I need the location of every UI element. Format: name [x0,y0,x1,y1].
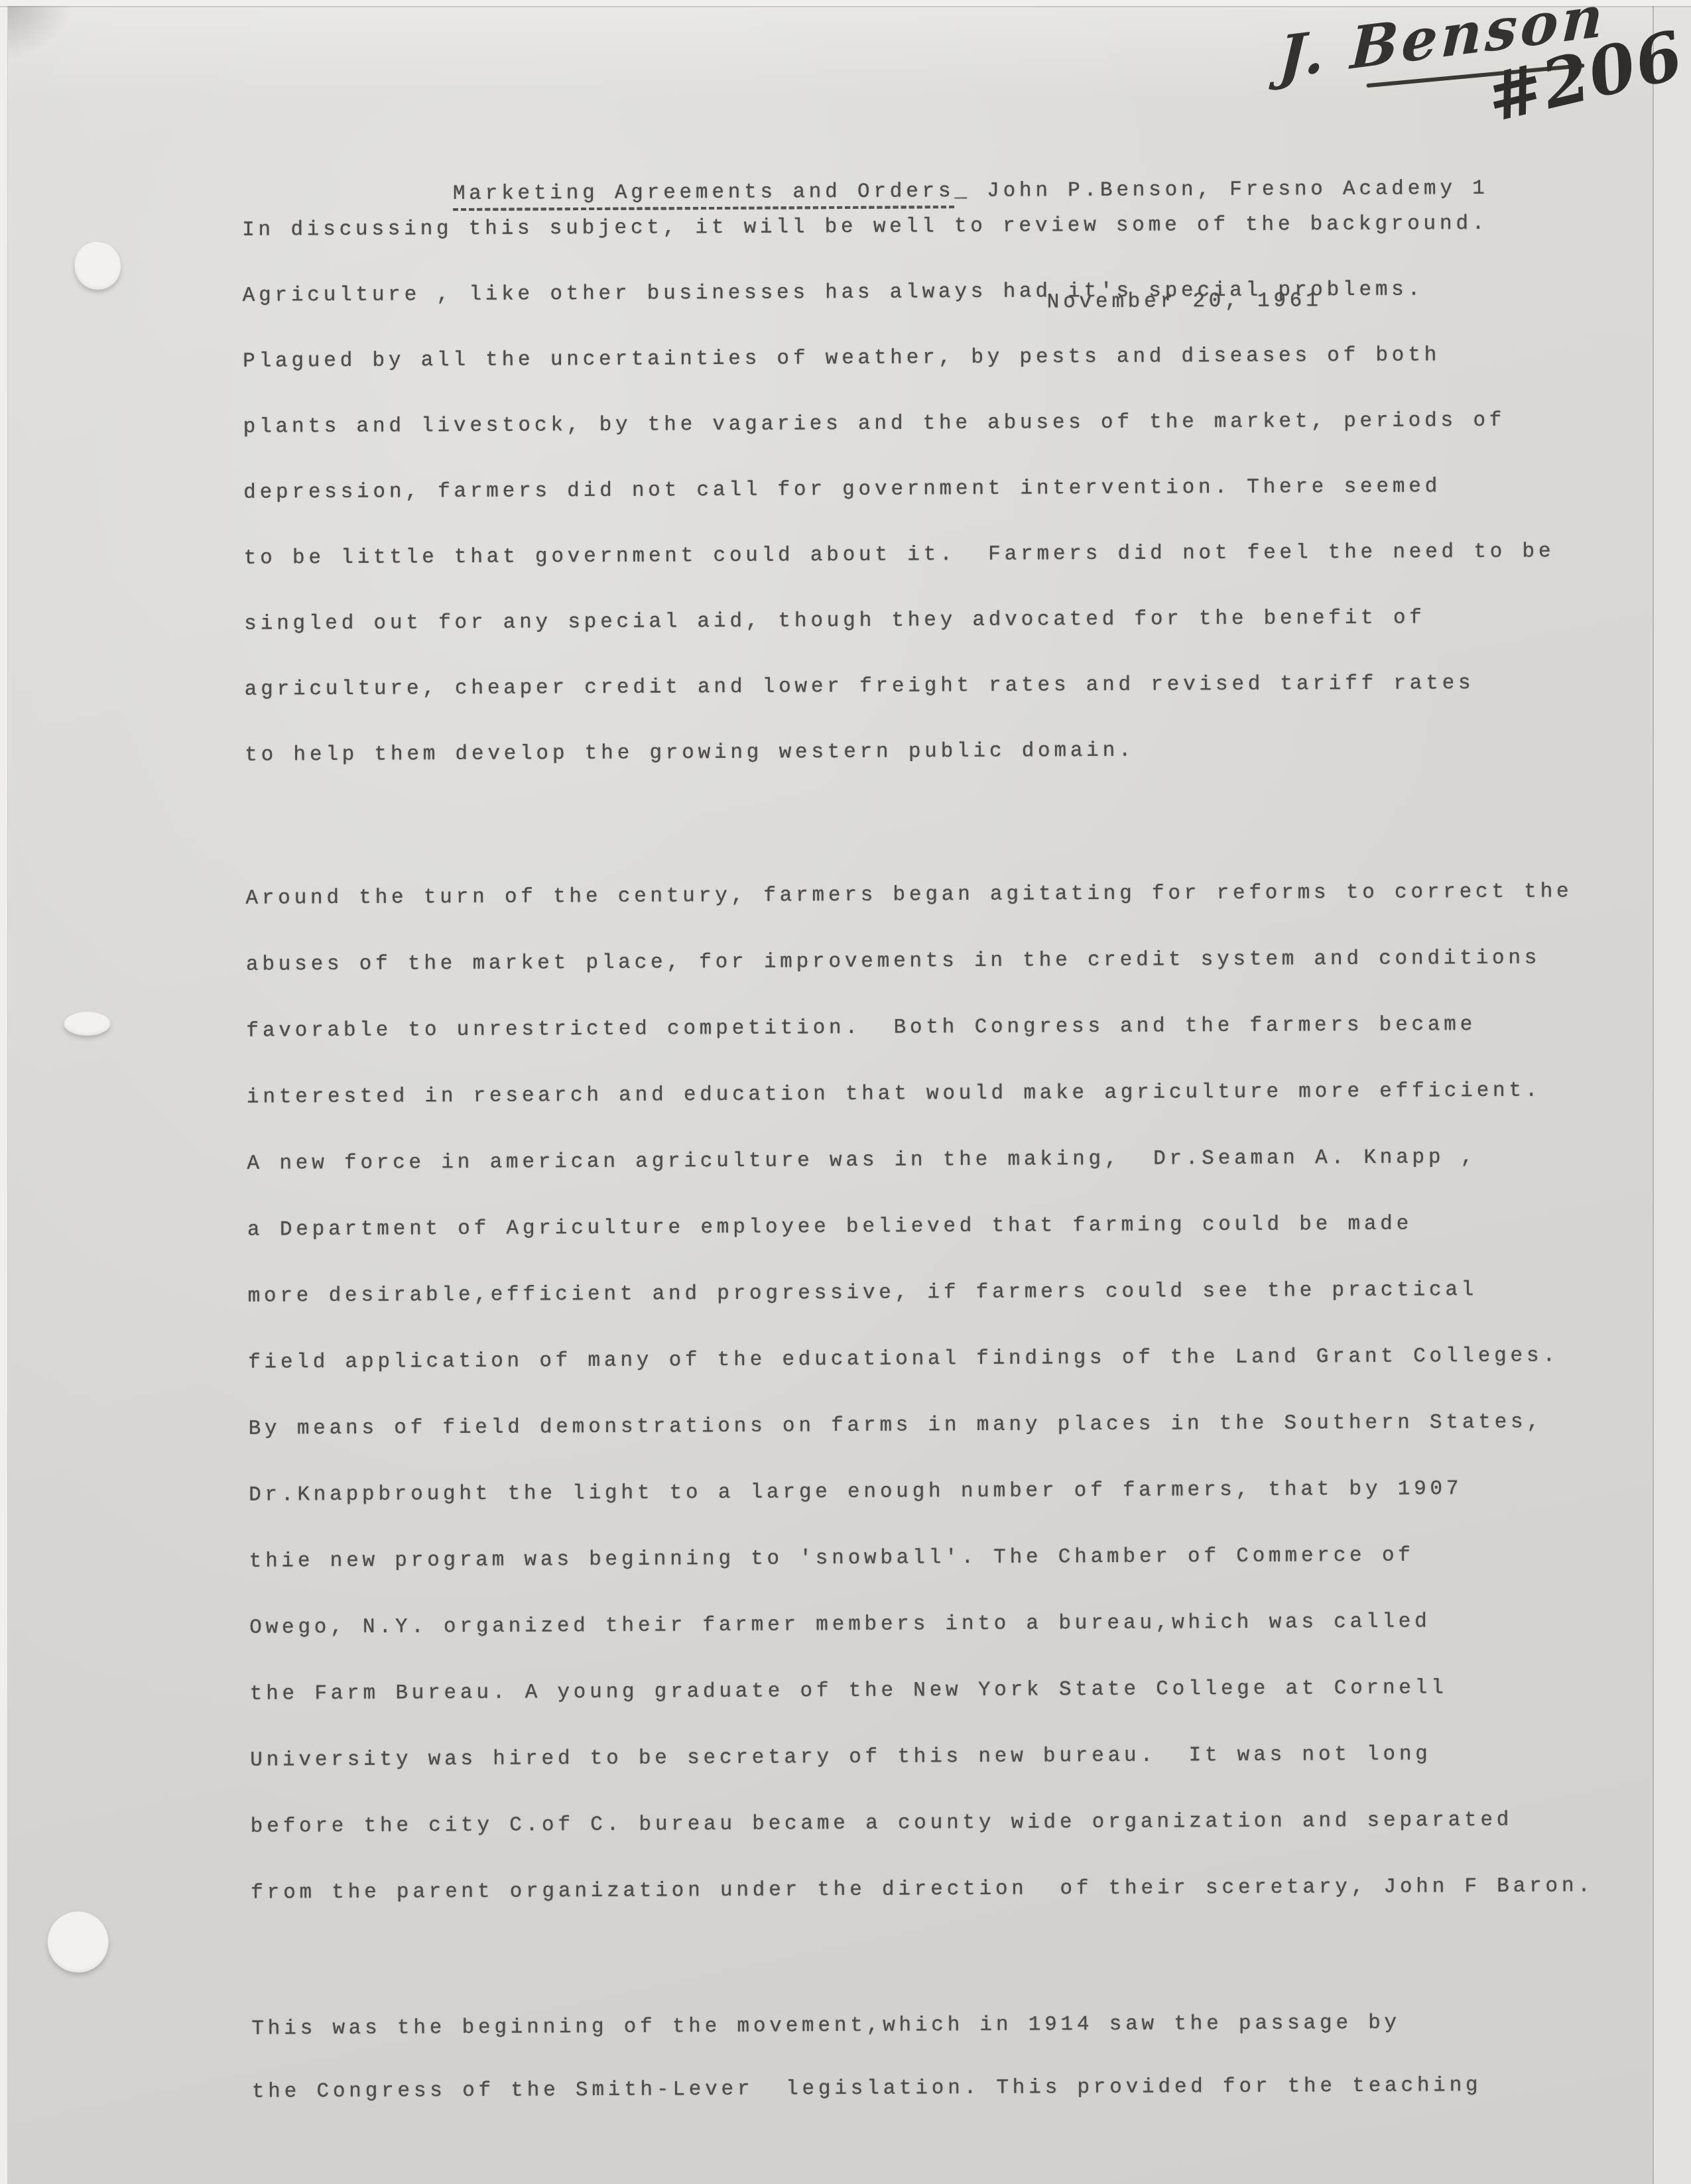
text-line: more desirable,efficient and progressive… [247,1256,1591,1330]
punch-hole-middle [64,1012,110,1036]
text-line: favorable to unrestricted competition. B… [246,991,1590,1065]
punch-hole-top [74,242,121,290]
scanned-page: J. Benson #206 Marketing Agreements and … [0,0,1691,2184]
text-line: plants and livestock, by the vagaries an… [243,387,1554,459]
paragraph: Around the turn of the century, farmers … [245,859,1594,1927]
text-line: a Department of Agriculture employee bel… [247,1190,1591,1264]
text-line: Owego, N.Y. organized their farmer membe… [249,1588,1593,1662]
text-line: before the city C.of C. bureau became a … [251,1787,1594,1860]
punch-hole-bottom [47,1911,108,1972]
text-line: thie new program was beginning to 'snowb… [249,1522,1592,1595]
text-line: from the parent organization under the d… [251,1853,1594,1927]
text-line: to be little that government could about… [244,518,1555,591]
text-line: interested in research and education tha… [247,1058,1590,1131]
paragraph: This was the beginning of the movement,w… [251,1991,1482,2124]
text-line: field application of many of the educati… [248,1323,1592,1396]
text-line: This was the beginning of the movement,w… [251,1991,1481,2061]
text-line: the Congress of the Smith-Lever legislat… [252,2054,1482,2124]
text-line: Agriculture , like other businesses has … [242,256,1553,328]
text-line: A new force in american agriculture was … [247,1124,1590,1197]
paragraph: In discussing this subject, it will be w… [242,190,1556,788]
text-line: By means of field demonstrations on farm… [248,1389,1592,1463]
text-line: University was hired to be secretary of … [250,1721,1594,1794]
text-line: depression, farmers did not call for gov… [243,453,1554,525]
text-line: abuses of the market place, for improvem… [246,925,1590,999]
text-line: In discussing this subject, it will be w… [242,190,1553,263]
text-line: the Farm Bureau. A young graduate of the… [249,1654,1593,1728]
text-line: Dr.Knappbrought the light to a large eno… [249,1455,1592,1529]
paper-sheet: J. Benson #206 Marketing Agreements and … [0,0,1691,2184]
text-line: Plagued by all the uncertainties of weat… [243,322,1554,394]
text-line: to help them develop the growing western… [245,715,1556,788]
text-line: Around the turn of the century, farmers … [245,859,1589,932]
text-line: agriculture, cheaper credit and lower fr… [245,650,1556,722]
text-line: singled out for any special aid, though … [244,584,1555,656]
